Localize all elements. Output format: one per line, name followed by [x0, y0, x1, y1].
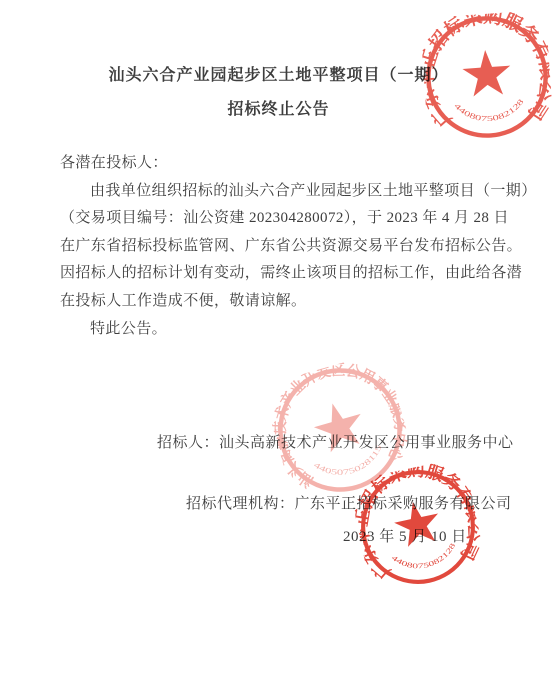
- document-subtitle: 招标终止公告: [0, 96, 557, 119]
- paragraph-line: 由我单位组织招标的汕头六合产业园起步区土地平整项目（一期）: [60, 178, 507, 206]
- salutation: 各潜在投标人：: [60, 150, 507, 178]
- document-body: 各潜在投标人： 由我单位组织招标的汕头六合产业园起步区土地平整项目（一期） （交…: [60, 150, 507, 343]
- document-page: 汕头六合产业园起步区土地平整项目（一期） 招标终止公告 各潜在投标人： 由我单位…: [0, 0, 557, 688]
- closing-line: 特此公告。: [60, 316, 507, 344]
- paragraph-line: 在投标人工作造成不便，敬请谅解。: [60, 288, 507, 316]
- agency-signature-line: 招标代理机构：广东平正招标采购服务有限公司: [186, 492, 512, 513]
- paragraph-line: 因招标人的招标计划有变动，需终止该项目的招标工作，由此给各潜: [60, 260, 507, 288]
- tenderer-official-seal: 汕头高新技术产业开发区公用事业服务中心4405075028115: [261, 351, 419, 509]
- document-title: 汕头六合产业园起步区土地平整项目（一期）: [0, 62, 557, 85]
- date-line: 2023 年 5 月 10 日: [343, 525, 467, 546]
- paragraph-line: 在广东省招标投标监管网、广东省公共资源交易平台发布招标公告。: [60, 233, 507, 261]
- svg-text:广东平正招标采购服务有限公司: 广东平正招标采购服务有限公司: [348, 457, 488, 587]
- tenderer-signature-line: 招标人：汕头高新技术产业开发区公用事业服务中心: [157, 431, 514, 452]
- svg-text:汕头高新技术产业开发区公用事业服务中心: 汕头高新技术产业开发区公用事业服务中心: [261, 351, 419, 497]
- paragraph-line: （交易项目编号：汕公资建 202304280072），于 2023 年 4 月 …: [60, 205, 507, 233]
